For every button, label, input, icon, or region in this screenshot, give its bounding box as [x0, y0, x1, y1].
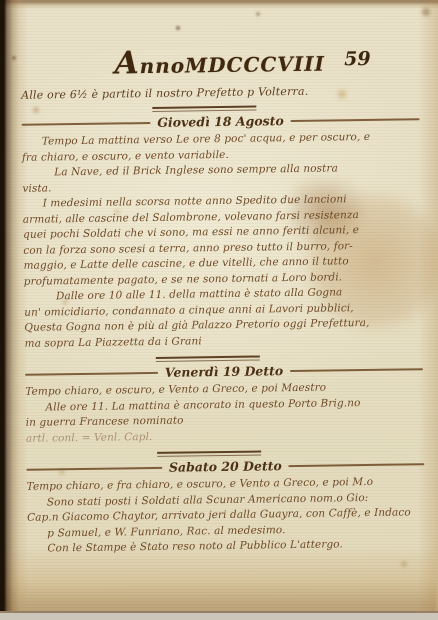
heading-rule-left [26, 466, 162, 470]
heading-rule-right [289, 463, 425, 467]
entry-giovedi-18-agosto: Giovedì 18 Agosto Tempo La mattina verso… [21, 103, 422, 352]
entry-venerdi-19-detto: Venerdì 19 Detto Tempo chiaro, e oscuro,… [25, 353, 424, 447]
heading-rule-right [290, 368, 423, 372]
page-top-edge [0, 0, 438, 9]
title-initial: A [114, 45, 140, 81]
entry-body: Tempo La mattina verso Le ore 8 poc' acq… [22, 129, 423, 352]
separator-double-line [157, 450, 261, 456]
heading-rule-left [25, 371, 158, 375]
entry-body: Tempo chiaro, e fra chiaro, e oscuro, e … [27, 474, 426, 557]
separator-double-line [152, 106, 256, 112]
title-word: nno [139, 54, 185, 79]
entry-heading-label: Venerdì 19 Detto [158, 363, 291, 380]
heading-rule-right [291, 118, 420, 122]
entry-heading-label: Giovedì 18 Agosto [150, 113, 291, 130]
page-content: AnnoMDCCCVIII 59 Alle ore 6½ è partito i… [20, 37, 425, 559]
entry-body: Tempo chiaro, e oscuro, e Vento a Greco,… [25, 379, 424, 447]
title-numeral: MDCCCVIII [185, 52, 325, 78]
heading-rule-left [22, 121, 151, 125]
manuscript-page: AnnoMDCCCVIII 59 Alle ore 6½ è partito i… [0, 0, 438, 620]
separator-double-line [156, 355, 260, 361]
page-number: 59 [344, 48, 371, 70]
entry-heading: Venerdì 19 Detto [25, 361, 423, 382]
entry-sabato-20-detto: Sabato 20 Detto Tempo chiaro, e fra chia… [26, 448, 425, 557]
title-row: AnnoMDCCCVIII 59 [20, 37, 419, 89]
scan-bottom-strip [0, 611, 438, 620]
entry-heading: Giovedì 18 Agosto [21, 111, 419, 132]
entry-heading-label: Sabato 20 Detto [162, 458, 289, 475]
entry-heading: Sabato 20 Detto [26, 456, 424, 477]
